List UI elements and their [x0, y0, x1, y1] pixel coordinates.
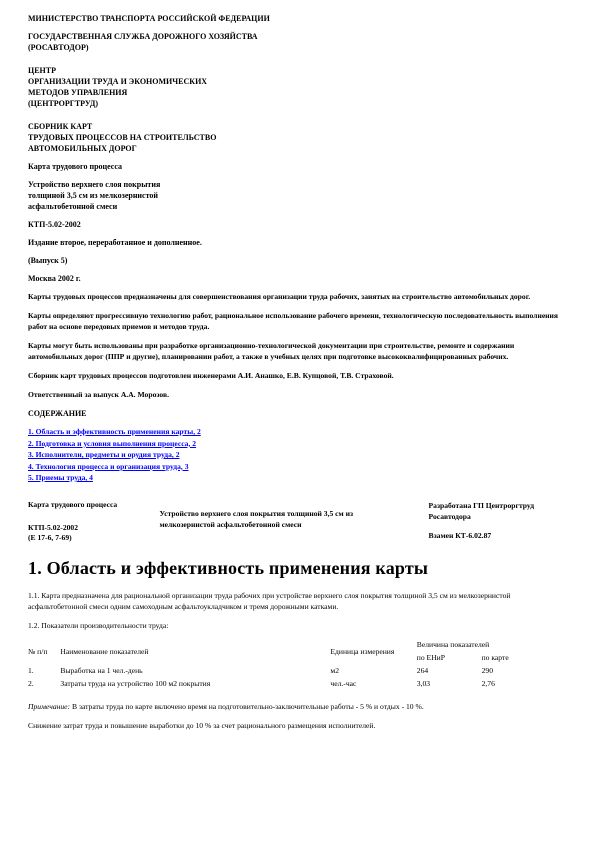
toc-link-1[interactable]: 1. Область и эффективность применения ка…: [28, 427, 201, 436]
table-of-contents: 1. Область и эффективность применения ка…: [28, 426, 568, 484]
responsible-paragraph: Ответственный за выпуск А.А. Морозов.: [28, 389, 568, 400]
row-2-name: Затраты труда на устройство 100 м2 покры…: [60, 678, 330, 691]
center-line-1: ЦЕНТР: [28, 65, 568, 76]
strip-card-ref: (Е 17-6, 7-69): [28, 533, 159, 543]
row-1-name: Выработка на 1 чел.-день: [60, 665, 330, 678]
toc-link-2[interactable]: 2. Подготовка и условия выполнения проце…: [28, 439, 196, 448]
row-2-unit: чел.-час: [330, 678, 416, 691]
intro-paragraph-1: Карты трудовых процессов предназначены д…: [28, 291, 568, 302]
issue-number: (Выпуск 5): [28, 255, 568, 266]
edition-note: Издание второе, переработанное и дополне…: [28, 237, 568, 248]
paragraph-1-2: 1.2. Показатели производительности труда…: [28, 620, 568, 631]
card-label: Карта трудового процесса: [28, 161, 568, 172]
toc-link-4[interactable]: 4. Технология процесса и организация тру…: [28, 462, 189, 471]
toc-item-1: 1. Область и эффективность применения ка…: [28, 426, 568, 438]
service-line-2: (РОСАВТОДОР): [28, 42, 568, 53]
center-line-2: ОРГАНИЗАЦИИ ТРУДА И ЭКОНОМИЧЕСКИХ: [28, 76, 568, 87]
card-title-line-2: толщиной 3,5 см из мелкозернистой: [28, 190, 568, 201]
toc-item-4: 4. Технология процесса и организация тру…: [28, 461, 568, 473]
ministry-title: МИНИСТЕРСТВО ТРАНСПОРТА РОССИЙСКОЙ ФЕДЕР…: [28, 13, 568, 24]
row-1-enir: 264: [417, 665, 482, 678]
note-text: В затраты труда по карте включено время …: [70, 702, 424, 711]
collection-line-1: СБОРНИК КАРТ: [28, 121, 568, 132]
strip-replaces: Взамен КТ-6.02.87: [429, 530, 568, 541]
card-title-line-1: Устройство верхнего слоя покрытия: [28, 179, 568, 190]
collection-title: СБОРНИК КАРТ ТРУДОВЫХ ПРОЦЕССОВ НА СТРОИ…: [28, 121, 568, 154]
strip-center-column: Устройство верхнего слоя покрытия толщин…: [159, 500, 428, 543]
intro-paragraph-3: Карты могут быть использованы при разраб…: [28, 340, 568, 362]
toc-item-3: 3. Исполнители, предметы и орудия труда,…: [28, 449, 568, 461]
center-line-3: МЕТОДОВ УПРАВЛЕНИЯ: [28, 87, 568, 98]
card-title-line-3: асфальтобетонной смеси: [28, 201, 568, 212]
strip-card-label: Карта трудового процесса: [28, 500, 159, 510]
authors-paragraph: Сборник карт трудовых процессов подготов…: [28, 370, 568, 381]
row-1-karta: 290: [482, 665, 568, 678]
city-year: Москва 2002 г.: [28, 273, 568, 284]
strip-developer: Разработана ГП Центроргтруд Росавтодора: [429, 500, 568, 522]
collection-line-3: АВТОМОБИЛЬНЫХ ДОРОГ: [28, 143, 568, 154]
row-2-num: 2.: [28, 678, 60, 691]
toc-heading: СОДЕРЖАНИЕ: [28, 408, 568, 419]
row-1-num: 1.: [28, 665, 60, 678]
toc-item-2: 2. Подготовка и условия выполнения проце…: [28, 438, 568, 450]
table-header-row-1: № п/п Наименование показателей Единица и…: [28, 639, 568, 652]
document-page: МИНИСТЕРСТВО ТРАНСПОРТА РОССИЙСКОЙ ФЕДЕР…: [0, 0, 595, 842]
paragraph-1-1: 1.1. Карта предназначена для рационально…: [28, 590, 568, 612]
card-header-strip: Карта трудового процесса КТП-5.02-2002 (…: [28, 500, 568, 543]
header-enir: по ЕНиР: [417, 652, 482, 665]
note-label: Примечание:: [28, 702, 70, 711]
section-1-heading: 1. Область и эффективность применения ка…: [28, 557, 568, 579]
center-title: ЦЕНТР ОРГАНИЗАЦИИ ТРУДА И ЭКОНОМИЧЕСКИХ …: [28, 65, 568, 109]
strip-left-column: Карта трудового процесса КТП-5.02-2002 (…: [28, 500, 159, 543]
intro-paragraph-2: Карты определяют прогрессивную технологи…: [28, 310, 568, 332]
collection-line-2: ТРУДОВЫХ ПРОЦЕССОВ НА СТРОИТЕЛЬСТВО: [28, 132, 568, 143]
card-title: Устройство верхнего слоя покрытия толщин…: [28, 179, 568, 212]
row-2-karta: 2,76: [482, 678, 568, 691]
service-title: ГОСУДАРСТВЕННАЯ СЛУЖБА ДОРОЖНОГО ХОЗЯЙСТ…: [28, 31, 568, 53]
closing-paragraph: Снижение затрат труда и повышение вырабо…: [28, 720, 568, 731]
row-1-unit: м2: [330, 665, 416, 678]
header-karta: по карте: [482, 652, 568, 665]
toc-link-5[interactable]: 5. Приемы труда, 4: [28, 473, 93, 482]
header-value-group: Величина показателей: [417, 639, 568, 652]
strip-right-column: Разработана ГП Центроргтруд Росавтодора …: [429, 500, 568, 543]
service-line-1: ГОСУДАРСТВЕННАЯ СЛУЖБА ДОРОЖНОГО ХОЗЯЙСТ…: [28, 31, 568, 42]
note-paragraph: Примечание: В затраты труда по карте вкл…: [28, 701, 568, 712]
table-row: 2. Затраты труда на устройство 100 м2 по…: [28, 678, 568, 691]
strip-card-title: Устройство верхнего слоя покрытия толщин…: [159, 508, 398, 530]
toc-link-3[interactable]: 3. Исполнители, предметы и орудия труда,…: [28, 450, 180, 459]
header-name: Наименование показателей: [60, 639, 330, 665]
row-2-enir: 3,03: [417, 678, 482, 691]
header-unit: Единица измерения: [330, 639, 416, 665]
header-num: № п/п: [28, 639, 60, 665]
strip-card-code: КТП-5.02-2002: [28, 523, 159, 533]
table-row: 1. Выработка на 1 чел.-день м2 264 290: [28, 665, 568, 678]
center-line-4: (ЦЕНТРОРГТРУД): [28, 98, 568, 109]
toc-item-5: 5. Приемы труда, 4: [28, 472, 568, 484]
productivity-table: № п/п Наименование показателей Единица и…: [28, 639, 568, 691]
card-code: КТП-5.02-2002: [28, 219, 568, 230]
